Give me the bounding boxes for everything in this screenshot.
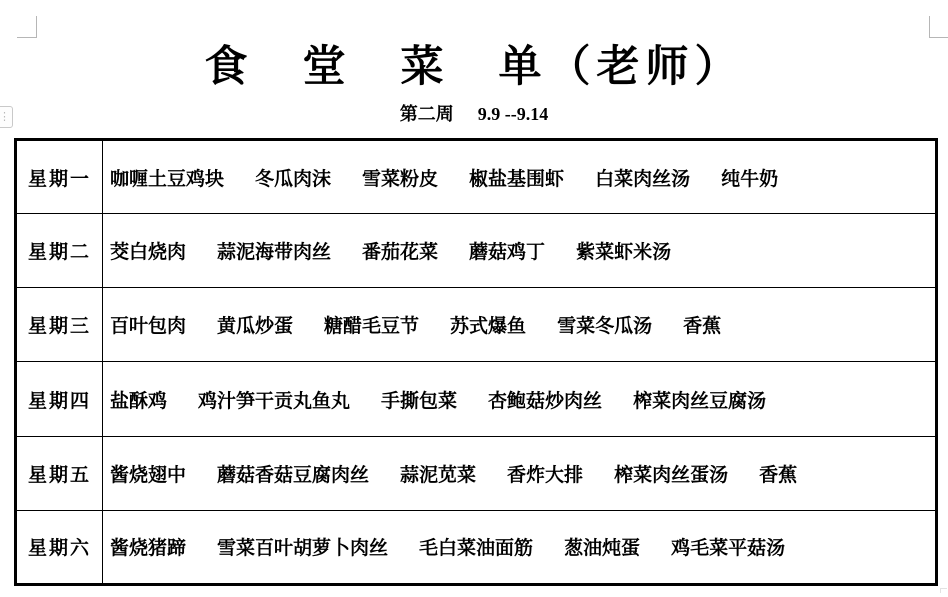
dish-item: 榨菜肉丝蛋汤	[614, 465, 728, 486]
dish-item: 雪菜粉皮	[362, 169, 438, 190]
dish-item: 百叶包肉	[110, 316, 186, 337]
day-label: 星期一	[16, 140, 103, 214]
menu-row: 星期五酱烧翅中蘑菇香菇豆腐肉丝蒜泥苋菜香炸大排榨菜肉丝蛋汤香蕉	[16, 436, 937, 510]
dish-item: 葱油炖蛋	[564, 538, 640, 559]
dish-item: 咖喱土豆鸡块	[110, 169, 224, 190]
menu-row: 星期二茭白烧肉蒜泥海带肉丝番茄花菜蘑菇鸡丁紫菜虾米汤	[16, 214, 937, 288]
dishes-cell: 百叶包肉黄瓜炒蛋糖醋毛豆节苏式爆鱼雪菜冬瓜汤香蕉	[103, 288, 937, 362]
dish-item: 香蕉	[759, 465, 797, 486]
day-label: 星期二	[16, 214, 103, 288]
dish-item: 香蕉	[683, 316, 721, 337]
dish-item: 手撕包菜	[381, 391, 457, 412]
dish-item: 冬瓜肉沫	[255, 169, 331, 190]
dish-item: 紫菜虾米汤	[576, 242, 671, 263]
document-page: { "page": { "title": "食 堂 菜 单（老师）", "sub…	[0, 0, 948, 597]
menu-row: 星期一咖喱土豆鸡块冬瓜肉沫雪菜粉皮椒盐基围虾白菜肉丝汤纯牛奶	[16, 140, 937, 214]
day-label: 星期五	[16, 436, 103, 510]
menu-table-body: 星期一咖喱土豆鸡块冬瓜肉沫雪菜粉皮椒盐基围虾白菜肉丝汤纯牛奶星期二茭白烧肉蒜泥海…	[16, 140, 937, 585]
dish-item: 蘑菇鸡丁	[469, 242, 545, 263]
page-title: 食 堂 菜 单（老师）	[0, 33, 948, 94]
dish-item: 蒜泥苋菜	[400, 465, 476, 486]
dish-item: 白菜肉丝汤	[595, 169, 690, 190]
text-boundary-mark-bottom-right	[940, 588, 947, 593]
dish-item: 蘑菇香菇豆腐肉丝	[217, 465, 369, 486]
dish-item: 蒜泥海带肉丝	[217, 242, 331, 263]
dishes-cell: 茭白烧肉蒜泥海带肉丝番茄花菜蘑菇鸡丁紫菜虾米汤	[103, 214, 937, 288]
dishes-cell: 咖喱土豆鸡块冬瓜肉沫雪菜粉皮椒盐基围虾白菜肉丝汤纯牛奶	[103, 140, 937, 214]
menu-table: 星期一咖喱土豆鸡块冬瓜肉沫雪菜粉皮椒盐基围虾白菜肉丝汤纯牛奶星期二茭白烧肉蒜泥海…	[14, 138, 938, 586]
dish-item: 榨菜肉丝豆腐汤	[633, 391, 766, 412]
dish-item: 酱烧猪蹄	[110, 538, 186, 559]
dish-item: 番茄花菜	[362, 242, 438, 263]
dish-item: 盐酥鸡	[110, 391, 167, 412]
dishes-cell: 酱烧翅中蘑菇香菇豆腐肉丝蒜泥苋菜香炸大排榨菜肉丝蛋汤香蕉	[103, 436, 937, 510]
dish-item: 苏式爆鱼	[450, 316, 526, 337]
dish-item: 糖醋毛豆节	[324, 316, 419, 337]
dish-item: 酱烧翅中	[110, 465, 186, 486]
dish-item: 黄瓜炒蛋	[217, 316, 293, 337]
day-label: 星期六	[16, 510, 103, 584]
menu-row: 星期六酱烧猪蹄雪菜百叶胡萝卜肉丝毛白菜油面筋葱油炖蛋鸡毛菜平菇汤	[16, 510, 937, 584]
subtitle-week: 第二周	[400, 104, 454, 124]
dish-item: 鸡毛菜平菇汤	[671, 538, 785, 559]
dish-item: 鸡汁笋干贡丸鱼丸	[198, 391, 350, 412]
subtitle-dates: 9.9 --9.14	[478, 104, 549, 124]
menu-row: 星期三百叶包肉黄瓜炒蛋糖醋毛豆节苏式爆鱼雪菜冬瓜汤香蕉	[16, 288, 937, 362]
day-label: 星期四	[16, 362, 103, 436]
dish-item: 香炸大排	[507, 465, 583, 486]
page-subtitle: 第二周9.9 --9.14	[0, 100, 948, 126]
dish-item: 雪菜冬瓜汤	[557, 316, 652, 337]
dish-item: 茭白烧肉	[110, 242, 186, 263]
dish-item: 杏鲍菇炒肉丝	[488, 391, 602, 412]
menu-row: 星期四盐酥鸡鸡汁笋干贡丸鱼丸手撕包菜杏鲍菇炒肉丝榨菜肉丝豆腐汤	[16, 362, 937, 436]
day-label: 星期三	[16, 288, 103, 362]
dish-item: 纯牛奶	[721, 169, 778, 190]
dish-item: 毛白菜油面筋	[419, 538, 533, 559]
dishes-cell: 盐酥鸡鸡汁笋干贡丸鱼丸手撕包菜杏鲍菇炒肉丝榨菜肉丝豆腐汤	[103, 362, 937, 436]
dish-item: 椒盐基围虾	[469, 169, 564, 190]
dish-item: 雪菜百叶胡萝卜肉丝	[217, 538, 388, 559]
dishes-cell: 酱烧猪蹄雪菜百叶胡萝卜肉丝毛白菜油面筋葱油炖蛋鸡毛菜平菇汤	[103, 510, 937, 584]
